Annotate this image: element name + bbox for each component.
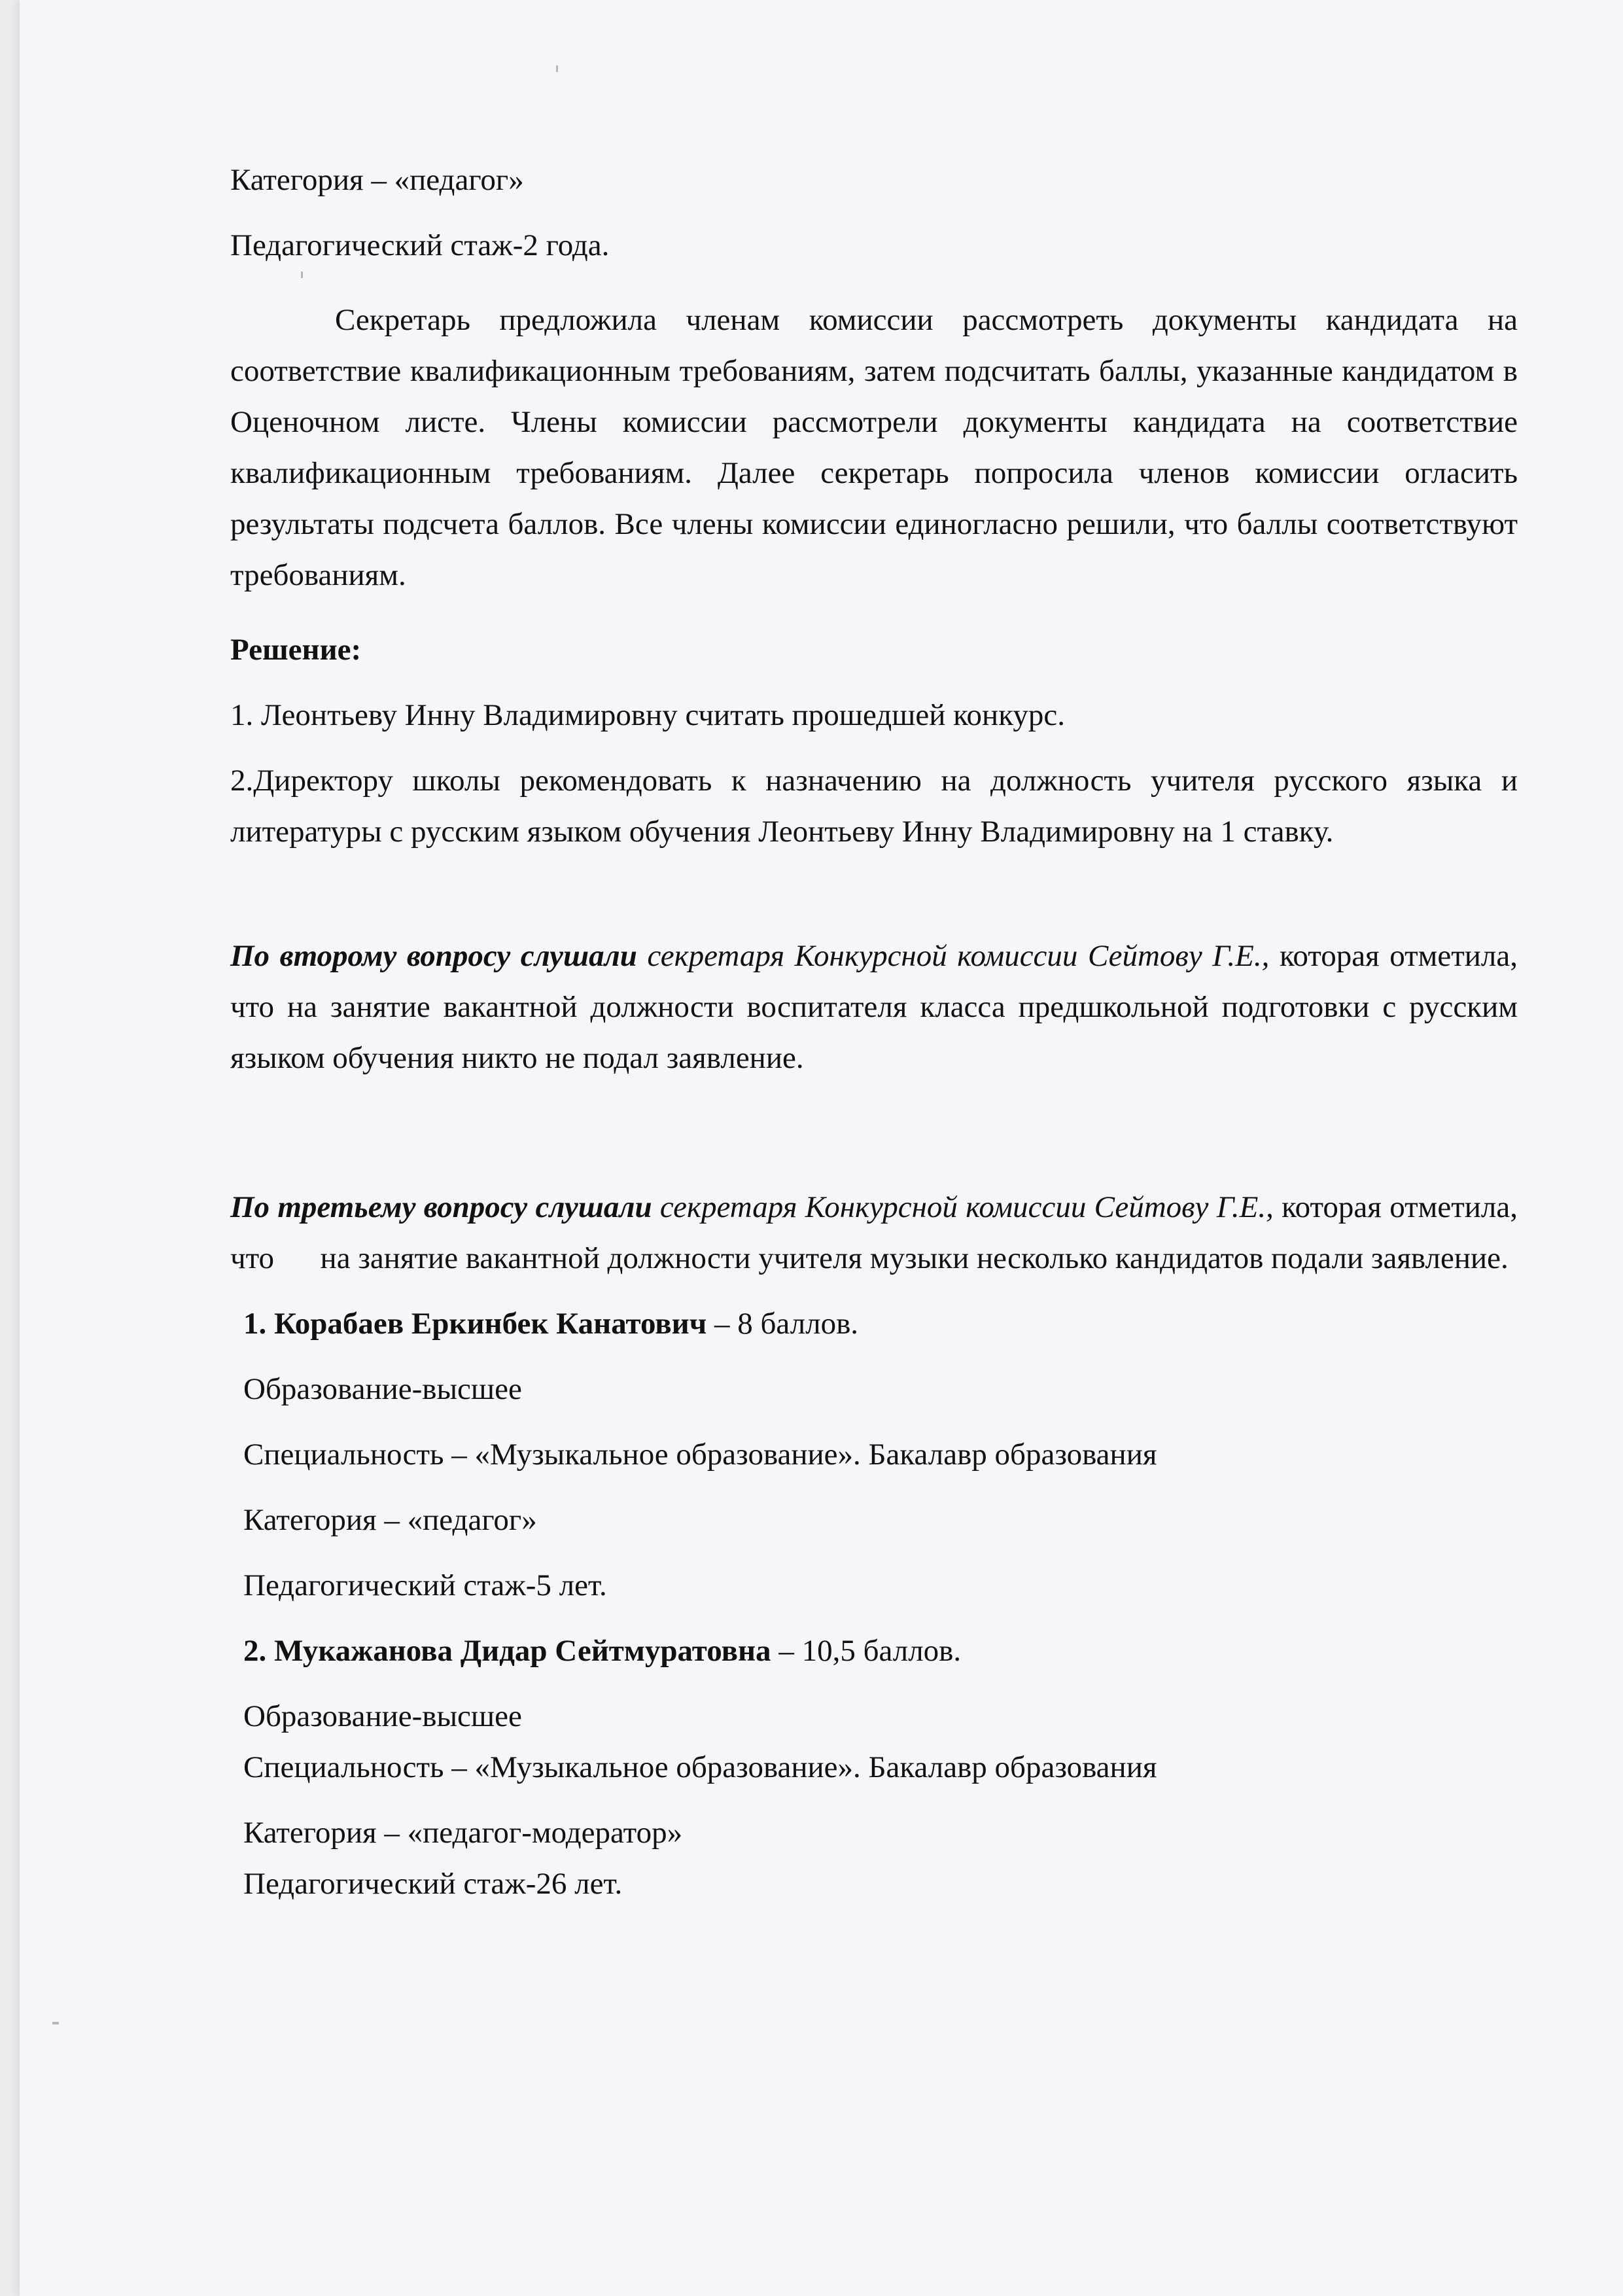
scan-speck xyxy=(556,65,558,72)
candidate-2-specialty: Специальность – «Музыкальное образование… xyxy=(243,1742,1518,1793)
candidate-1-education: Образование-высшее xyxy=(243,1364,1518,1415)
prev-candidate-category: Категория – «педагог» xyxy=(230,154,1518,205)
decision-item-2: 2.Директору школы рекомендовать к назнач… xyxy=(230,755,1518,857)
scan-speck xyxy=(52,2022,59,2024)
secretary-paragraph: Секретарь предложила членам комиссии рас… xyxy=(230,294,1518,601)
candidate-2: 2. Мукажанова Дидар Сейтмуратовна – 10,5… xyxy=(230,1625,1518,1909)
second-question-lead: По второму вопросу слушали xyxy=(230,939,637,973)
candidate-2-heading: 2. Мукажанова Дидар Сейтмуратовна – 10,5… xyxy=(243,1625,1518,1676)
candidate-2-score: – 10,5 баллов. xyxy=(771,1634,962,1668)
candidate-1: 1. Корабаев Еркинбек Канатович – 8 балло… xyxy=(230,1298,1518,1611)
candidate-2-education: Образование-высшее xyxy=(243,1691,1518,1742)
second-question-speaker: секретаря Конкурсной комиссии Сейтову Г.… xyxy=(637,939,1269,973)
candidate-1-experience: Педагогический стаж-5 лет. xyxy=(243,1560,1518,1611)
document-page: Категория – «педагог» Педагогический ста… xyxy=(20,0,1623,2296)
candidate-1-name: 1. Корабаев Еркинбек Канатович xyxy=(243,1307,707,1341)
candidate-2-experience: Педагогический стаж-26 лет. xyxy=(243,1858,1518,1909)
candidate-1-score: – 8 баллов. xyxy=(707,1307,858,1341)
decision-heading: Решение: xyxy=(230,624,1518,675)
third-question-speaker: секретаря Конкурсной комиссии Сейтову Г.… xyxy=(652,1190,1274,1224)
candidate-1-heading: 1. Корабаев Еркинбек Канатович – 8 балло… xyxy=(243,1298,1518,1349)
candidate-2-name: 2. Мукажанова Дидар Сейтмуратовна xyxy=(243,1634,771,1668)
candidate-1-category: Категория – «педагог» xyxy=(243,1494,1518,1545)
candidate-1-specialty: Специальность – «Музыкальное образование… xyxy=(243,1429,1518,1480)
third-question-paragraph: По третьему вопросу слушали секретаря Ко… xyxy=(230,1182,1518,1284)
decision-item-1: 1. Леонтьеву Инну Владимировну считать п… xyxy=(230,690,1518,741)
third-question-lead: По третьему вопросу слушали xyxy=(230,1190,652,1224)
second-question-paragraph: По второму вопросу слушали секретаря Кон… xyxy=(230,930,1518,1084)
document-body: Категория – «педагог» Педагогический ста… xyxy=(230,154,1518,1909)
candidate-2-category: Категория – «педагог-модератор» xyxy=(243,1807,1518,1858)
prev-candidate-experience: Педагогический стаж-2 года. xyxy=(230,220,1518,271)
